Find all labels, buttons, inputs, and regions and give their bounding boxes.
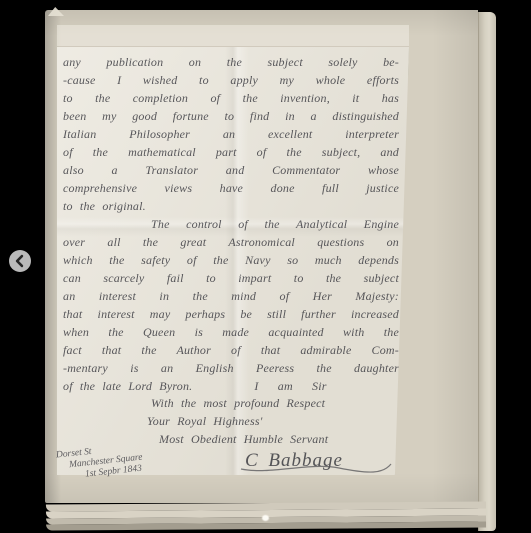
letter-line: any publication on the subject solely be… bbox=[63, 53, 399, 71]
letter-line: been my good fortune to find in a distin… bbox=[63, 107, 399, 125]
letter-line: to the original. bbox=[63, 197, 399, 215]
closing-line: With the most profound Respect bbox=[151, 395, 399, 413]
signature-flourish bbox=[237, 460, 395, 476]
letter-line: can scarcely fail to impart to the subje… bbox=[63, 269, 399, 287]
letter-line: that interest may perhaps be still furth… bbox=[63, 305, 399, 323]
letter-line: comprehensive views have done full justi… bbox=[63, 179, 399, 197]
letter-line: which the safety of the Navy so much dep… bbox=[63, 251, 399, 269]
book-fore-edge bbox=[478, 12, 496, 531]
letter-line: to the completion of the invention, it h… bbox=[63, 89, 399, 107]
letter-line: also a Translator and Commentator whose bbox=[63, 161, 399, 179]
closing-line: Most Obedient Humble Servant bbox=[159, 431, 399, 449]
letter-line: over all the great Astronomical question… bbox=[63, 233, 399, 251]
chevron-left-icon bbox=[8, 249, 32, 273]
letter-line: an interest in the mind of Her Majesty: bbox=[63, 287, 399, 305]
letter-line: Italian Philosopher an excellent interpr… bbox=[63, 125, 399, 143]
letter-line: The control of the Analytical Engine bbox=[63, 215, 399, 233]
letter-line-text: of the late Lord Byron. bbox=[63, 377, 192, 395]
letter-body: any publication on the subject solely be… bbox=[63, 53, 399, 471]
paper-highlight bbox=[262, 515, 269, 521]
letter-line: of the mathematical part of the subject,… bbox=[63, 143, 399, 161]
letter-line: -mentary is an English Peeress the daugh… bbox=[63, 359, 399, 377]
salutation: I am Sir bbox=[254, 377, 326, 395]
letter-line: when the Queen is made acquainted with t… bbox=[63, 323, 399, 341]
album-top-strip bbox=[57, 25, 409, 47]
signature-row: C Babbage bbox=[245, 452, 399, 471]
letter-sheet: any publication on the subject solely be… bbox=[57, 47, 409, 475]
previous-button[interactable] bbox=[8, 249, 32, 273]
letter-line: fact that the Author of that admirable C… bbox=[63, 341, 399, 359]
letter-line: of the late Lord Byron. I am Sir bbox=[63, 377, 399, 395]
letter-photograph: any publication on the subject solely be… bbox=[45, 10, 496, 529]
letter-line: -cause I wished to apply my whole effort… bbox=[63, 71, 399, 89]
closing-line: Your Royal Highness' bbox=[147, 413, 399, 431]
